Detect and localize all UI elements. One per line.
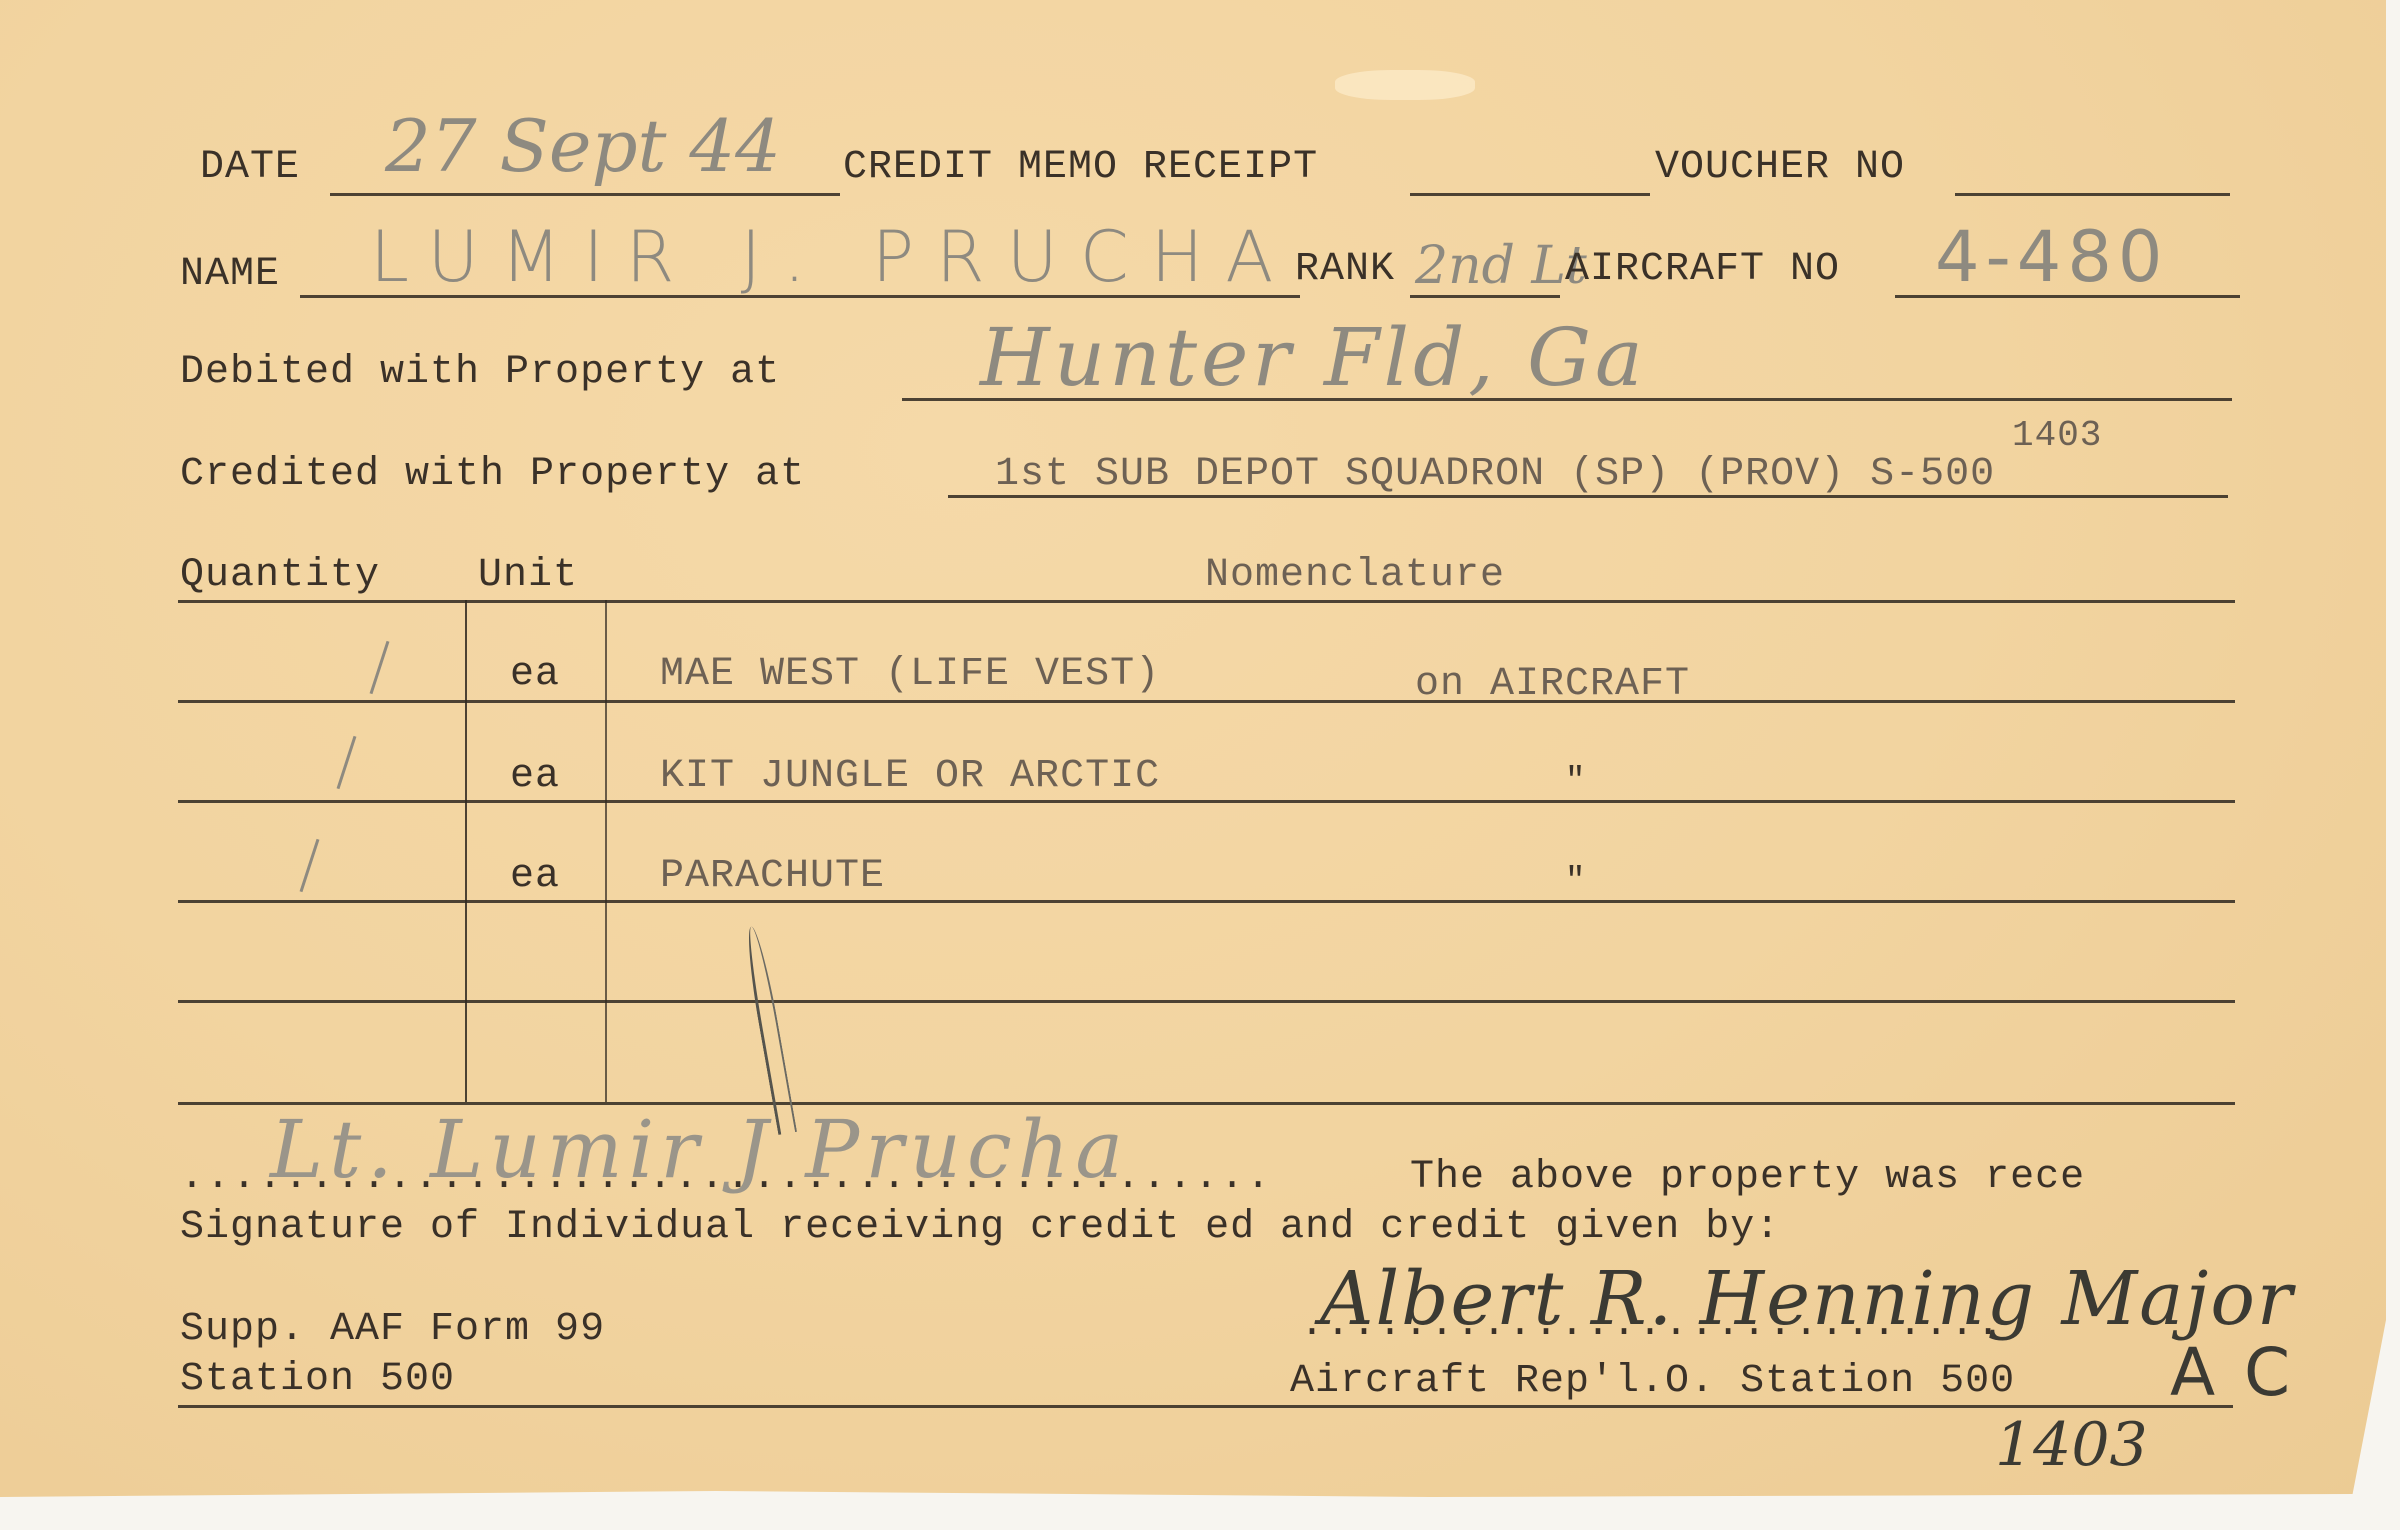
quantity-header: Quantity bbox=[180, 556, 380, 596]
voucher-label: VOUCHER NO bbox=[1655, 148, 1905, 188]
table-row-3-quantity-mark bbox=[300, 839, 320, 892]
header-underline bbox=[178, 600, 2235, 603]
table-row-2-note: " bbox=[1565, 765, 1586, 799]
column-divider-quantity bbox=[465, 600, 467, 1102]
rank-value: 2nd Lt bbox=[1415, 240, 1587, 292]
table-row-1-item: MAE WEST (LIFE VEST) bbox=[660, 655, 1160, 695]
received-text: The above property was rece bbox=[1410, 1158, 2085, 1198]
table-row-1-unit: ea bbox=[510, 655, 560, 695]
name-label: NAME bbox=[180, 255, 280, 295]
table-row-3-note: " bbox=[1565, 865, 1586, 899]
nomenclature-header: Nomenclature bbox=[1205, 556, 1505, 596]
officer-title: Aircraft Rep'l.O. Station 500 bbox=[1290, 1362, 2015, 1402]
table-row-3-item: PARACHUTE bbox=[660, 857, 885, 897]
table-row-2-item: KIT JUNGLE OR ARCTIC bbox=[660, 757, 1160, 797]
credited-value: 1st SUB DEPOT SQUADRON (SP) (PROV) S-500 bbox=[995, 455, 1995, 495]
table-row-2-quantity-mark bbox=[337, 736, 357, 789]
unit-header: Unit bbox=[478, 556, 578, 596]
station-label: Station 500 bbox=[180, 1360, 455, 1400]
credited-correction: 1403 bbox=[2012, 418, 2102, 454]
date-label: DATE bbox=[200, 148, 300, 188]
credited-label: Credited with Property at bbox=[180, 455, 805, 495]
rank-label: RANK bbox=[1295, 250, 1395, 290]
table-row-1-note: on AIRCRAFT bbox=[1415, 665, 1690, 705]
officer-signature: Albert R. Henning Major bbox=[1320, 1262, 2294, 1336]
form-title: CREDIT MEMO RECEIPT bbox=[843, 148, 1318, 188]
column-divider-unit bbox=[605, 600, 607, 1102]
debited-label: Debited with Property at bbox=[180, 353, 780, 393]
debited-value: Hunter Fld, Ga bbox=[980, 318, 1647, 398]
row-line-4 bbox=[178, 1000, 2235, 1003]
officer-correction: AC bbox=[2170, 1340, 2320, 1406]
voucher-underline bbox=[1955, 193, 2230, 196]
name-value: LUMIR J. PRUCHA bbox=[370, 222, 1295, 292]
table-row-1-quantity-mark bbox=[370, 641, 390, 694]
individual-signature: Lt. Lumir J Prucha bbox=[270, 1110, 1129, 1190]
paper-document: DATE 27 Sept 44 CREDIT MEMO RECEIPT VOUC… bbox=[0, 0, 2386, 1500]
paper-smudge bbox=[1335, 70, 1475, 100]
officer-correction-number: 1403 bbox=[1995, 1415, 2148, 1475]
date-value: 27 Sept 44 bbox=[385, 110, 781, 182]
footer-underline bbox=[178, 1405, 2233, 1408]
row-line-3 bbox=[178, 900, 2235, 903]
form-name: Supp. AAF Form 99 bbox=[180, 1310, 605, 1350]
row-line-1 bbox=[178, 700, 2235, 703]
row-line-2 bbox=[178, 800, 2235, 803]
aircraft-label: AIRCRAFT NO bbox=[1565, 250, 1840, 290]
individual-label: Signature of Individual receiving credit… bbox=[180, 1208, 1780, 1248]
receipt-underline bbox=[1410, 193, 1650, 196]
date-underline bbox=[330, 193, 840, 196]
table-row-2-unit: ea bbox=[510, 757, 560, 797]
table-row-3-unit: ea bbox=[510, 857, 560, 897]
aircraft-value: 4-480 bbox=[1935, 222, 2168, 292]
